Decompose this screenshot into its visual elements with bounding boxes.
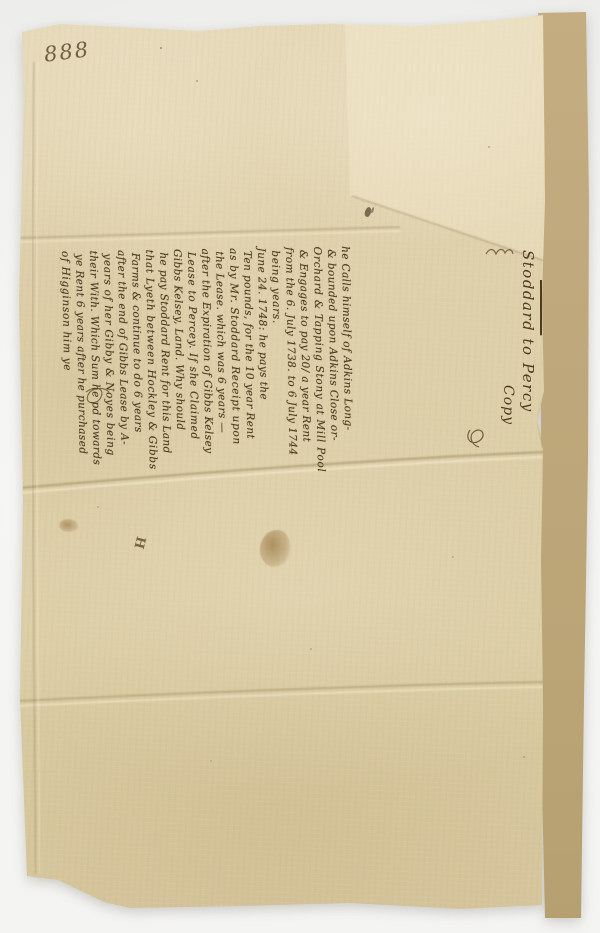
ink-flourish <box>468 430 483 447</box>
archival-photo: 888 H he Calls himself of Adkins Long-& … <box>0 0 600 933</box>
fold-crease-vertical-highlight <box>37 62 40 874</box>
manuscript-page: 888 H he Calls himself of Adkins Long-& … <box>0 0 600 933</box>
stain <box>260 530 290 567</box>
fold-crease-lower <box>19 682 546 701</box>
document-stack: 888 H he Calls himself of Adkins Long-& … <box>0 0 600 933</box>
fold-crease-vertical <box>33 62 36 874</box>
paper-specks <box>0 0 2 2</box>
manuscript-note-block: he Calls himself of Adkins Long-& bounde… <box>58 246 356 493</box>
endorsement-parties: Stoddard to Percy <box>518 250 538 468</box>
endorsement-copy-label: Copy <box>498 385 518 468</box>
stain <box>59 519 78 532</box>
catalog-number: 888 <box>43 39 91 65</box>
